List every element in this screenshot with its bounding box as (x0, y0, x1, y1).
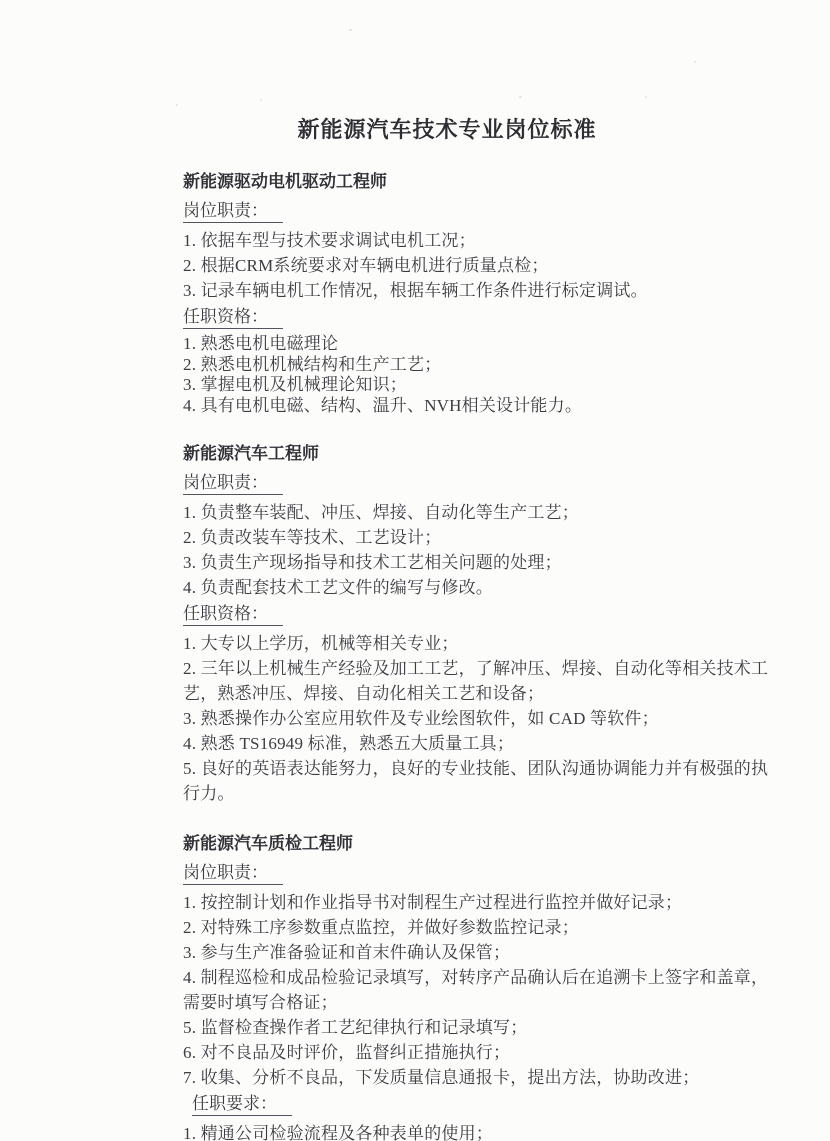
job-section-quality-inspection-engineer: 新能源汽车质检工程师 岗位职责： 1. 按控制计划和作业指导书对制程生产过程进行… (183, 833, 775, 1141)
job-title-heading: 新能源驱动电机驱动工程师 (183, 171, 775, 193)
duty-item: 2. 根据CRM系统要求对车辆电机进行质量点检； (183, 253, 775, 278)
scan-speck (645, 96, 647, 98)
duty-item: 3. 参与生产准备验证和首末件确认及保管； (183, 940, 775, 965)
duties-label: 岗位职责： (183, 200, 283, 223)
duty-item: 5. 监督检查操作者工艺纪律执行和记录填写； (183, 1015, 775, 1040)
qualification-item: 3. 掌握电机及机械理论知识； (183, 375, 775, 396)
scan-speck (519, 96, 522, 98)
qualifications-label-row: 任职资格： (183, 306, 775, 329)
scan-speck (260, 99, 262, 101)
qualification-item: 2. 三年以上机械生产经验及加工工艺，了解冲压、焊接、自动化等相关技术工艺，熟悉… (183, 656, 775, 706)
requirements-label: 任职要求： (192, 1093, 292, 1116)
document-body: 新能源汽车技术专业岗位标准 新能源驱动电机驱动工程师 岗位职责： 1. 依据车型… (183, 116, 775, 1141)
job-section-vehicle-engineer: 新能源汽车工程师 岗位职责： 1. 负责整车装配、冲压、焊接、自动化等生产工艺；… (183, 443, 775, 806)
qualification-item: 3. 熟悉操作办公室应用软件及专业绘图软件，如 CAD 等软件； (183, 706, 775, 731)
duties-label: 岗位职责： (183, 472, 283, 495)
job-title-heading: 新能源汽车质检工程师 (183, 833, 775, 855)
qualification-item: 5. 良好的英语表达能努力，良好的专业技能、团队沟通协调能力并有极强的执行力。 (183, 756, 775, 806)
job-section-motor-drive-engineer: 新能源驱动电机驱动工程师 岗位职责： 1. 依据车型与技术要求调试电机工况； 2… (183, 171, 775, 416)
requirement-item: 1. 精通公司检验流程及各种表单的使用； (183, 1121, 775, 1141)
qualification-item: 1. 大专以上学历，机械等相关专业； (183, 631, 775, 656)
qualifications-label-row: 任职资格： (183, 603, 775, 626)
duties-label-row: 岗位职责： (183, 862, 775, 885)
duties-label-row: 岗位职责： (183, 472, 775, 495)
document-title: 新能源汽车技术专业岗位标准 (183, 116, 711, 144)
scan-speck (349, 29, 352, 31)
duty-item: 6. 对不良品及时评价，监督纠正措施执行； (183, 1040, 775, 1065)
duty-item: 3. 负责生产现场指导和技术工艺相关问题的处理； (183, 550, 775, 575)
qualifications-list: 1. 熟悉电机电磁理论 2. 熟悉电机机械结构和生产工艺； 3. 掌握电机及机械… (183, 334, 775, 416)
duty-item: 7. 收集、分析不良品，下发质量信息通报卡，提出方法，协助改进； (183, 1065, 775, 1090)
qualification-item: 2. 熟悉电机机械结构和生产工艺； (183, 355, 775, 376)
duty-item: 1. 按控制计划和作业指导书对制程生产过程进行监控并做好记录； (183, 890, 775, 915)
scanned-document-page: 新能源汽车技术专业岗位标准 新能源驱动电机驱动工程师 岗位职责： 1. 依据车型… (0, 0, 830, 1141)
duties-label: 岗位职责： (183, 862, 283, 885)
qualifications-label: 任职资格： (183, 603, 283, 626)
duty-item: 1. 负责整车装配、冲压、焊接、自动化等生产工艺； (183, 500, 775, 525)
duties-list: 1. 按控制计划和作业指导书对制程生产过程进行监控并做好记录； 2. 对特殊工序… (183, 890, 775, 1090)
duty-item: 4. 负责配套技术工艺文件的编写与修改。 (183, 575, 775, 600)
duties-list: 1. 依据车型与技术要求调试电机工况； 2. 根据CRM系统要求对车辆电机进行质… (183, 228, 775, 303)
duties-label-row: 岗位职责： (183, 200, 775, 223)
duty-item: 2. 对特殊工序参数重点监控，并做好参数监控记录； (183, 915, 775, 940)
requirements-label-row: 任职要求： (192, 1093, 775, 1116)
qualification-item: 4. 具有电机电磁、结构、温升、NVH相关设计能力。 (183, 396, 775, 417)
scan-speck (694, 61, 696, 63)
duty-item: 3. 记录车辆电机工作情况，根据车辆工作条件进行标定调试。 (183, 278, 775, 303)
qualification-item: 4. 熟悉 TS16949 标准，熟悉五大质量工具； (183, 731, 775, 756)
scan-speck (176, 104, 178, 106)
requirements-list: 1. 精通公司检验流程及各种表单的使用； (183, 1121, 775, 1141)
qualification-item: 1. 熟悉电机电磁理论 (183, 334, 775, 355)
duty-item: 2. 负责改装车等技术、工艺设计； (183, 525, 775, 550)
qualifications-list: 1. 大专以上学历，机械等相关专业； 2. 三年以上机械生产经验及加工工艺，了解… (183, 631, 775, 806)
duties-list: 1. 负责整车装配、冲压、焊接、自动化等生产工艺； 2. 负责改装车等技术、工艺… (183, 500, 775, 600)
qualifications-label: 任职资格： (183, 306, 283, 329)
duty-item: 4. 制程巡检和成品检验记录填写，对转序产品确认后在追溯卡上签字和盖章，需要时填… (183, 965, 775, 1015)
job-title-heading: 新能源汽车工程师 (183, 443, 775, 465)
duty-item: 1. 依据车型与技术要求调试电机工况； (183, 228, 775, 253)
